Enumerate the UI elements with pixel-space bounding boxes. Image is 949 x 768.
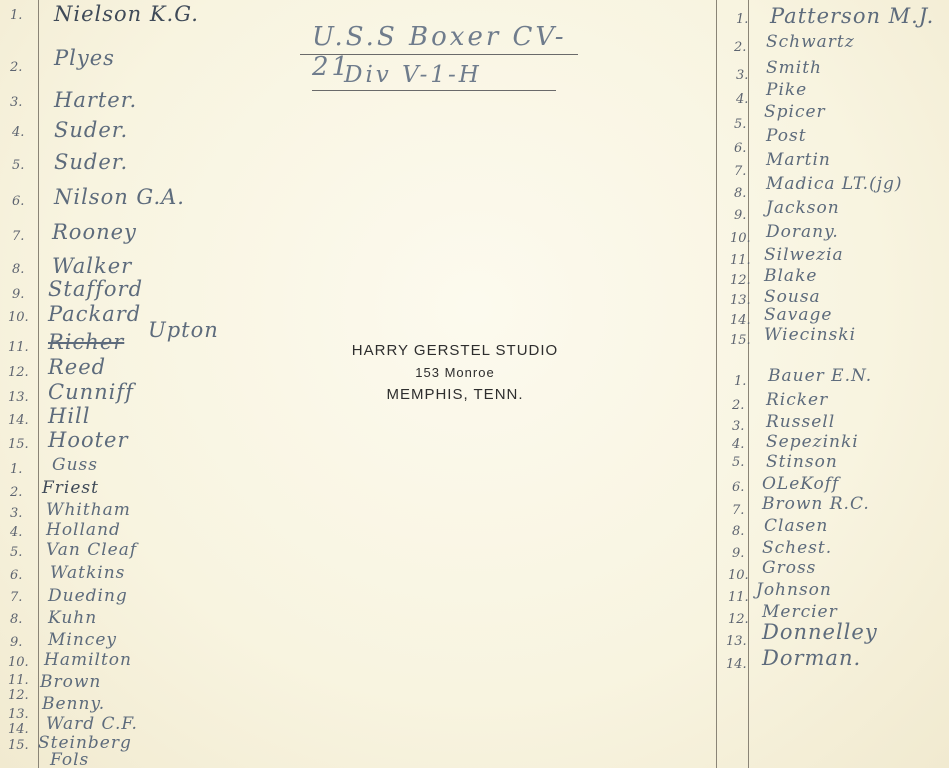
list-item: Plyes — [54, 46, 115, 70]
row-number: 13. — [726, 634, 747, 649]
row-number: 14. — [8, 722, 29, 737]
list-item: Ward C.F. — [46, 714, 138, 734]
row-number: 10. — [730, 231, 751, 246]
row-number: 9. — [10, 635, 22, 650]
list-item: Savage — [764, 305, 832, 325]
list-item: Hamilton — [44, 650, 132, 670]
row-number: 13. — [730, 293, 751, 308]
row-number: 2. — [732, 398, 744, 413]
list-item: Pike — [766, 80, 807, 100]
list-item: Madica LT.(jg) — [766, 174, 903, 194]
row-number: 5. — [12, 158, 24, 173]
row-number: 8. — [12, 262, 24, 277]
row-number: 2. — [734, 40, 746, 55]
struck-list-item: Richer — [48, 330, 124, 354]
list-item: Harter. — [54, 88, 137, 112]
row-number: 11. — [730, 253, 751, 268]
row-number: 12. — [728, 612, 749, 627]
row-number: 10. — [8, 310, 29, 325]
row-number: 9. — [12, 287, 24, 302]
row-number: 14. — [730, 313, 751, 328]
row-number: 14. — [726, 657, 747, 672]
list-item: Dueding — [48, 586, 128, 606]
list-item: Cunniff — [48, 380, 134, 404]
list-item: Kuhn — [48, 608, 97, 628]
list-item: Schest. — [762, 538, 832, 558]
list-item: Suder. — [54, 150, 128, 174]
list-item: Ricker — [766, 390, 828, 410]
list-item: Fols — [50, 750, 89, 768]
row-number: 13. — [8, 707, 29, 722]
list-item: Wiecinski — [764, 325, 856, 345]
row-number: 5. — [732, 455, 744, 470]
left-margin-line — [38, 0, 39, 768]
row-number: 4. — [10, 525, 22, 540]
title-underline-1 — [300, 54, 578, 55]
division-title: Div V-1-H — [344, 62, 482, 88]
row-number: 3. — [736, 68, 748, 83]
stamp-address: 153 Monroe — [320, 362, 590, 384]
list-item: Van Cleaf — [46, 540, 137, 560]
row-number: 4. — [736, 92, 748, 107]
title-underline-2 — [312, 90, 556, 91]
list-item: Nilson G.A. — [54, 185, 185, 209]
studio-stamp: HARRY GERSTEL STUDIO 153 Monroe MEMPHIS,… — [320, 340, 590, 406]
list-item: Stafford — [48, 277, 143, 301]
row-number: 10. — [8, 655, 29, 670]
list-item: Brown — [40, 672, 101, 692]
row-number: 5. — [734, 117, 746, 132]
correction-note: Upton — [148, 318, 219, 342]
list-item: Benny. — [42, 694, 105, 714]
list-item: Dorany. — [766, 222, 839, 242]
list-item: Russell — [766, 412, 835, 432]
list-item: Suder. — [54, 118, 128, 142]
row-number: 6. — [10, 568, 22, 583]
list-item: Bauer E.N. — [768, 366, 872, 386]
list-item: Packard — [48, 302, 141, 326]
row-number: 8. — [732, 524, 744, 539]
list-item: Gross — [762, 558, 816, 578]
list-item: Silwezia — [764, 245, 844, 265]
list-item: Post — [766, 126, 807, 146]
list-item: Patterson M.J. — [770, 4, 934, 28]
row-number: 12. — [730, 273, 751, 288]
list-item: Smith — [766, 58, 822, 78]
row-number: 7. — [734, 164, 746, 179]
row-number: 3. — [10, 95, 22, 110]
list-item: Dorman. — [762, 646, 861, 670]
list-item: Nielson K.G. — [54, 2, 199, 26]
row-number: 7. — [732, 503, 744, 518]
list-item: Hooter — [48, 428, 129, 452]
list-item: Mincey — [48, 630, 117, 650]
list-item: Watkins — [50, 563, 125, 583]
row-number: 10. — [728, 568, 749, 583]
list-item: OLeKoff — [762, 474, 839, 494]
row-number: 2. — [10, 60, 22, 75]
stamp-studio-name: HARRY GERSTEL STUDIO — [320, 340, 590, 362]
right-column-line-outer — [716, 0, 717, 768]
row-number: 6. — [734, 141, 746, 156]
row-number: 8. — [10, 612, 22, 627]
list-item: Spicer — [764, 102, 826, 122]
row-number: 1. — [10, 462, 22, 477]
row-number: 6. — [12, 194, 24, 209]
row-number: 8. — [734, 186, 746, 201]
list-item: Sepezinki — [766, 432, 859, 452]
list-item: Jackson — [766, 198, 840, 218]
roster-card: U.S.S Boxer CV-21 Div V-1-H HARRY GERSTE… — [0, 0, 949, 768]
list-item: Mercier — [762, 602, 838, 622]
list-item: Johnson — [756, 580, 832, 600]
row-number: 11. — [8, 340, 29, 355]
row-number: 5. — [10, 545, 22, 560]
row-number: 12. — [8, 365, 29, 380]
row-number: 4. — [732, 437, 744, 452]
list-item: Walker — [52, 254, 132, 278]
list-item: Clasen — [764, 516, 828, 536]
list-item: Rooney — [52, 220, 137, 244]
stamp-city: MEMPHIS, TENN. — [320, 384, 590, 406]
list-item: Schwartz — [766, 32, 855, 52]
list-item: Donnelley — [762, 620, 878, 644]
row-number: 4. — [12, 125, 24, 140]
row-number: 6. — [732, 480, 744, 495]
list-item: Friest — [42, 478, 99, 498]
row-number: 14. — [8, 413, 29, 428]
row-number: 11. — [8, 673, 29, 688]
list-item: Reed — [48, 355, 106, 379]
list-item: Sousa — [764, 287, 821, 307]
row-number: 12. — [8, 688, 29, 703]
list-item: Hill — [48, 404, 90, 428]
row-number: 1. — [734, 374, 746, 389]
row-number: 1. — [10, 8, 22, 23]
list-item: Stinson — [766, 452, 838, 472]
right-column-line-inner — [748, 0, 749, 768]
row-number: 3. — [10, 506, 22, 521]
row-number: 7. — [12, 229, 24, 244]
list-item: Whitham — [46, 500, 131, 520]
row-number: 15. — [8, 437, 29, 452]
row-number: 7. — [10, 590, 22, 605]
row-number: 9. — [734, 208, 746, 223]
list-item: Guss — [52, 455, 98, 475]
row-number: 15. — [8, 738, 29, 753]
list-item: Brown R.C. — [762, 494, 870, 514]
row-number: 13. — [8, 390, 29, 405]
row-number: 1. — [736, 12, 748, 27]
row-number: 11. — [728, 590, 749, 605]
row-number: 2. — [10, 485, 22, 500]
list-item: Blake — [764, 266, 817, 286]
row-number: 15. — [730, 333, 751, 348]
row-number: 9. — [732, 546, 744, 561]
list-item: Martin — [766, 150, 831, 170]
row-number: 3. — [732, 419, 744, 434]
list-item: Holland — [46, 520, 121, 540]
